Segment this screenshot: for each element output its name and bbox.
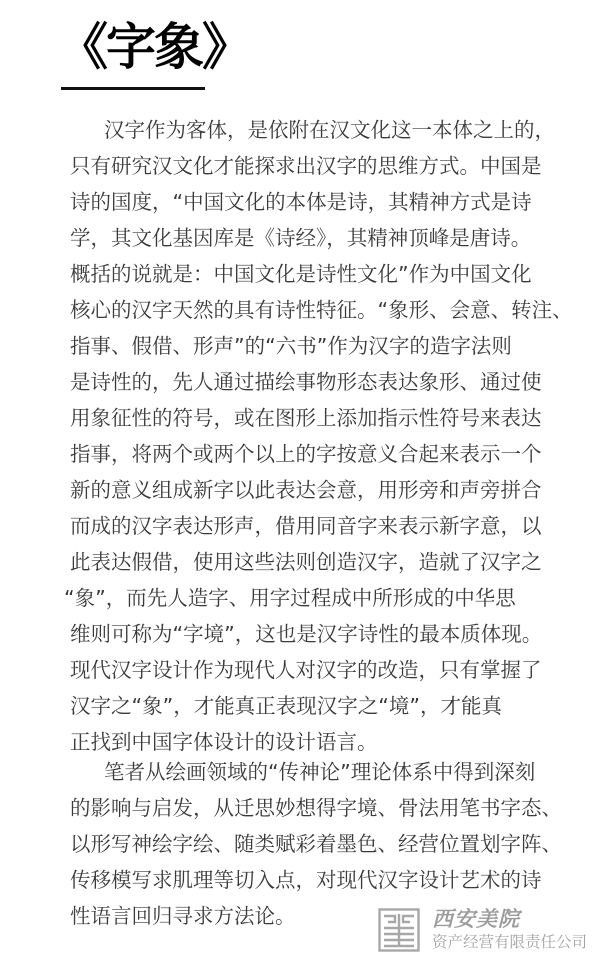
article-title: 《字象》 [58,12,250,82]
text-line: 学，其文化基因库是《诗经》，其精神顶峰是唐诗。 [70,220,540,256]
paragraph-1: 汉字作为客体，是依附在汉文化这一本体之上的， 只有研究汉文化才能探求出汉字的思维… [70,112,540,760]
text-line: 指事，将两个或两个以上的字按意义合起来表示一个 [70,436,540,472]
text-line: 现代汉字设计作为现代人对汉字的改造，只有掌握了 [70,652,540,688]
text-line: 是诗性的，先人通过描绘事物形态表达象形、通过使 [70,364,540,400]
text-line: 的影响与启发，从迁思妙想得字境、骨法用笔书字态、 [70,790,540,826]
text-line: 传移模写求肌理等切入点，对现代汉字设计艺术的诗 [70,862,540,898]
text-line: 概括的说就是：中国文化是诗性文化”作为中国文化 [70,256,540,292]
text-line: 新的意义组成新字以此表达会意，用形旁和声旁拼合 [70,472,540,508]
text-line: 汉字作为客体，是依附在汉文化这一本体之上的， [70,112,540,148]
watermark-logo: 西安美院 资产经营有限责任公司 [376,906,600,954]
title-underline [61,87,205,90]
watermark-name: 西安美院 [432,906,520,932]
text-line: 维则可称为“字境”，这也是汉字诗性的最本质体现。 [70,616,540,652]
text-line: 而成的汉字表达形声，借用同音字来表示新字意，以 [70,508,540,544]
text-line: 诗的国度，“中国文化的本体是诗，其精神方式是诗 [70,184,540,220]
watermark-subtitle: 资产经营有限责任公司 [432,932,587,952]
text-line: 用象征性的符号，或在图形上添加指示性符号来表达 [70,400,540,436]
text-line: 笔者从绘画领域的“传神论”理论体系中得到深刻 [70,754,540,790]
text-line: 只有研究汉文化才能探求出汉字的思维方式。中国是 [70,148,540,184]
text-line: 以形写神绘字绘、随类赋彩着墨色、经营位置划字阵、 [70,826,540,862]
text-line: 核心的汉字天然的具有诗性特征。“象形、会意、转注、 [70,292,540,328]
text-line: 指事、假借、形声”的“六书”作为汉字的造字法则 [70,328,540,364]
text-line: 此表达假借，使用这些法则创造汉字，造就了汉字之 [70,544,540,580]
text-line: “象”，而先人造字、用字过程成中所形成的中华思 [64,580,540,616]
seal-logo-icon [378,908,420,952]
text-line: 汉字之“象”，才能真正表现汉字之“境”，才能真 [70,688,540,724]
